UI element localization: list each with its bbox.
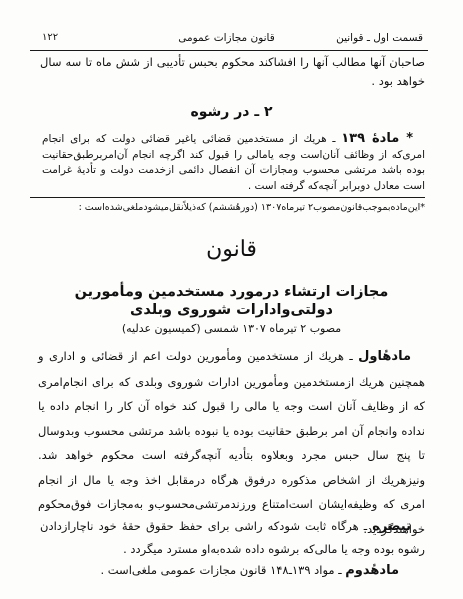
- article-2-label: مادهٔدوم: [345, 563, 399, 578]
- running-header: قسمت اول ـ قوانین قانون مجازات عمومی ۱۲۲: [30, 32, 423, 48]
- law-approval-note: مصوب ۲ تیرماه ۱۳۰۷ شمسی (کمیسیون عدلیه): [0, 322, 463, 335]
- article-139-label: * مادهٔ ۱۳۹: [341, 131, 413, 146]
- footnote-rule: [30, 197, 425, 198]
- note-label: تبصره: [372, 519, 411, 534]
- law-subtitle: مجازات ارتشاء درمورد مستخدمین ومأمورین د…: [60, 283, 403, 319]
- article-1-text: ـ هریك از مستخدمین ومأمورین دولت اعم از …: [38, 349, 425, 536]
- article-2: مادهٔدوم ـ مواد ۱۳۹ـ۱۴۸ قانون مجازات عمو…: [40, 561, 413, 580]
- article-139: * مادهٔ ۱۳۹ ـ هریك از مستخدمین قضائی یاغ…: [42, 131, 425, 194]
- law-heading: قانون: [0, 237, 463, 262]
- continuation-paragraph: صاحبان آنها مطالب آنها را افشاکند محکوم …: [40, 53, 425, 91]
- footnote: *این‌ماده‌بموجب‌قانون‌مصوب۲ تیرماه۱۳۰۷ (…: [30, 202, 425, 213]
- note-text: ـ هرگاه ثابت شودکه راشی برای حفظ حقوق حق…: [40, 519, 425, 556]
- article-2-text: ـ مواد ۱۳۹ـ۱۴۸ قانون مجازات عمومی ملغی‌ا…: [100, 563, 345, 577]
- continuation-line-1: صاحبان آنها مطالب آنها را افشاکند محکوم …: [40, 53, 425, 72]
- note: تبصره ـ هرگاه ثابت شودکه راشی برای حفظ ح…: [40, 515, 425, 560]
- section-heading: ۲ ـ در رشوه: [0, 104, 463, 120]
- header-law-title: قانون مجازات عمومی: [30, 32, 423, 44]
- header-rule: [30, 50, 428, 51]
- continuation-line-2: خواهد بود .: [40, 72, 425, 91]
- article-1-label: مادهٔاول: [358, 349, 411, 364]
- page-number: ۱۲۲: [42, 32, 58, 43]
- document-page: قسمت اول ـ قوانین قانون مجازات عمومی ۱۲۲…: [0, 0, 463, 599]
- article-1: مادهٔاول ـ هریك از مستخدمین ومأمورین دول…: [38, 344, 425, 541]
